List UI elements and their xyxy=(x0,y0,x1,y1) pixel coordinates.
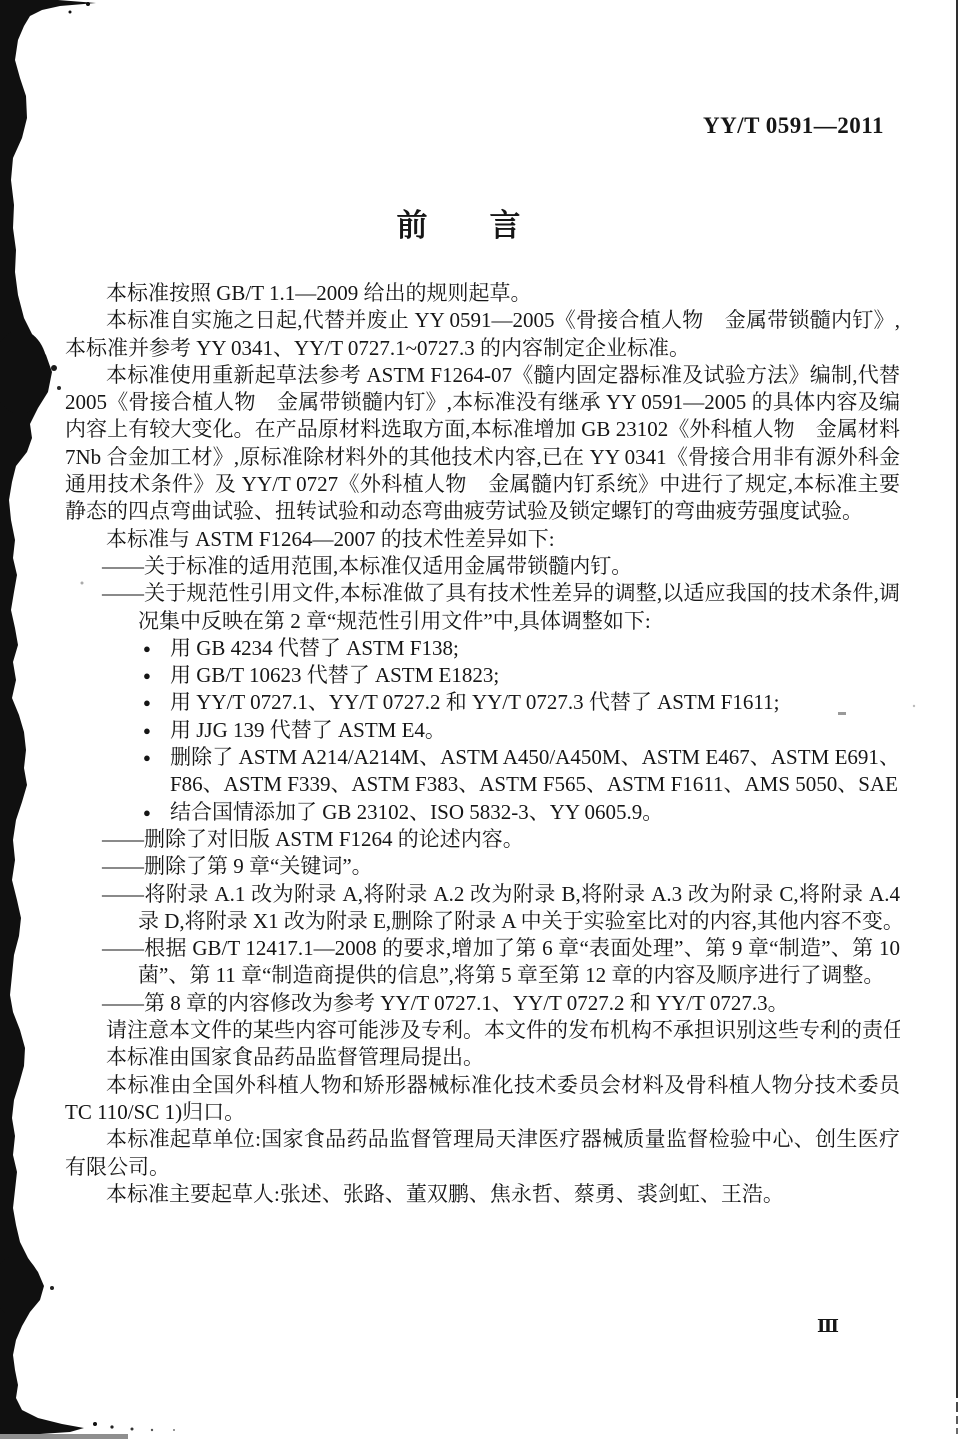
page-number: Ⅲ xyxy=(817,1316,839,1337)
bullet-icon: ● xyxy=(143,635,170,662)
right-border-line xyxy=(956,0,958,1434)
bullet-icon: ● xyxy=(143,744,170,771)
text-line: ——将附录 A.1 改为附录 A,将附录 A.2 改为附录 B,将附录 A.3 … xyxy=(65,881,900,908)
standard-code: YY/T 0591—2011 xyxy=(703,113,873,139)
text-line: 本标准自实施之日起,代替并废止 YY 0591—2005《骨接合植人物 金属带锁… xyxy=(65,307,900,334)
text-line: 菌”、第 11 章“制造商提供的信息”,将第 5 章至第 12 章的内容及顺序进… xyxy=(65,962,900,989)
text-line: 内容上有较大变化。在产品原材料选取方面,本标准增加 GB 23102《外科植人物… xyxy=(65,416,900,443)
text-line: ——第 8 章的内容修改为参考 YY/T 0727.1、YY/T 0727.2 … xyxy=(65,990,900,1017)
text-line: 本标准由全国外科植人物和矫形器械标准化技术委员会材料及骨科植人物分技术委员会(S… xyxy=(65,1072,900,1099)
text-line: ●结合国情添加了 GB 23102、ISO 5832-3、YY 0605.9。 xyxy=(65,799,900,826)
text-line: 本标准由国家食品药品监督管理局提出。 xyxy=(65,1044,900,1071)
text-line: 7Nb 合金加工材》,原标准除材料外的其他技术内容,已在 YY 0341《骨接合… xyxy=(65,444,900,471)
text-line: 本标准按照 GB/T 1.1—2009 给出的规则起草。 xyxy=(65,280,900,307)
text-line: 有限公司。 xyxy=(65,1154,900,1181)
text-line: 请注意本文件的某些内容可能涉及专利。本文件的发布机构不承担识别这些专利的责任。 xyxy=(65,1017,900,1044)
text-line-content: 用 GB 4234 代替了 ASTM F138; xyxy=(170,636,459,660)
text-line: ●用 YY/T 0727.1、YY/T 0727.2 和 YY/T 0727.3… xyxy=(65,689,900,716)
bullet-icon: ● xyxy=(143,689,170,716)
text-line: ●删除了 ASTM A214/A214M、ASTM A450/A450M、AST… xyxy=(65,744,900,771)
text-line: 本标准使用重新起草法参考 ASTM F1264-07《髓内固定器标准及试验方法》… xyxy=(65,362,900,389)
text-line: TC 110/SC 1)归口。 xyxy=(65,1099,900,1126)
text-line: ——关于标准的适用范围,本标准仅适用金属带锁髓内钉。 xyxy=(65,553,900,580)
text-line-content: 删除了 ASTM A214/A214M、ASTM A450/A450M、ASTM… xyxy=(143,745,900,771)
text-line: 本标准与 ASTM F1264—2007 的技术性差异如下: xyxy=(65,526,900,553)
text-line: ●用 JJG 139 代替了 ASTM E4。 xyxy=(65,717,900,744)
text-line: ——关于规范性引用文件,本标准做了具有技术性差异的调整,以适应我国的技术条件,调… xyxy=(65,580,900,607)
bullet-icon: ● xyxy=(143,717,170,744)
text-line-content: 用 JJG 139 代替了 ASTM E4。 xyxy=(170,718,446,742)
text-line-content: 结合国情添加了 GB 23102、ISO 5832-3、YY 0605.9。 xyxy=(170,800,663,824)
body-lines: 本标准按照 GB/T 1.1—2009 给出的规则起草。本标准自实施之日起,代替… xyxy=(65,280,900,1208)
page-title: 前 言 xyxy=(0,200,942,245)
bottom-border-strip xyxy=(0,1434,128,1439)
text-line: 静态的四点弯曲试验、扭转试验和动态弯曲疲劳试验及锁定螺钉的弯曲疲劳强度试验。 xyxy=(65,498,900,525)
text-line: 本标准并参考 YY 0341、YY/T 0727.1~0727.3 的内容制定企… xyxy=(65,335,900,362)
text-line: F86、ASTM F339、ASTM F383、ASTM F565、ASTM F… xyxy=(65,771,900,798)
text-line: 况集中反映在第 2 章“规范性引用文件”中,具体调整如下: xyxy=(65,608,900,635)
text-line: ——删除了对旧版 ASTM F1264 的论述内容。 xyxy=(65,826,900,853)
text-line: 录 D,将附录 X1 改为附录 E,删除了附录 A 中关于实验室比对的内容,其他… xyxy=(65,908,900,935)
text-line: ●用 GB 4234 代替了 ASTM F138; xyxy=(65,635,900,662)
text-line: ——根据 GB/T 12417.1—2008 的要求,增加了第 6 章“表面处理… xyxy=(65,935,900,962)
text-line-content: 用 GB/T 10623 代替了 ASTM E1823; xyxy=(170,663,499,687)
text-line: 本标准起草单位:国家食品药品监督管理局天津医疗器械质量监督检验中心、创生医疗器械… xyxy=(65,1126,900,1153)
text-line: ●用 GB/T 10623 代替了 ASTM E1823; xyxy=(65,662,900,689)
bullet-icon: ● xyxy=(143,662,170,689)
text-line: ——删除了第 9 章“关键词”。 xyxy=(65,853,900,880)
document-page: YY/T 0591—2011 前 言 本标准按照 GB/T 1.1—2009 给… xyxy=(0,0,967,1440)
bullet-icon: ● xyxy=(143,799,170,826)
text-line-content: 用 YY/T 0727.1、YY/T 0727.2 和 YY/T 0727.3 … xyxy=(170,690,779,714)
text-line: 2005《骨接合植人物 金属带锁髓内钉》,本标准没有继承 YY 0591—200… xyxy=(65,389,900,416)
text-line: 本标准主要起草人:张述、张路、董双鹏、焦永哲、蔡勇、裘剑虹、王浩。 xyxy=(65,1181,900,1208)
text-line: 通用技术条件》及 YY/T 0727《外科植人物 金属髓内钉系统》中进行了规定,… xyxy=(65,471,900,498)
